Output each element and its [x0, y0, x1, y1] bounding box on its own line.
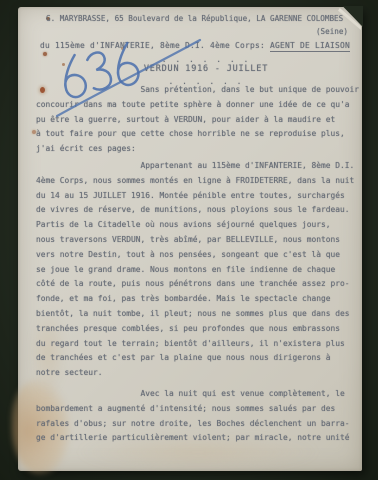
dots-separator-top: . . . . . . .	[18, 55, 362, 64]
body-paragraph-march: Appartenant au 115ème d'INFANTERIE, 8ème…	[36, 159, 354, 381]
header-unit-text: du 115ème d'INFANTERIE, 8ème D.I. 4ème C…	[40, 41, 270, 50]
photo-background: G. MARYBRASSE, 65 Boulevard de la Républ…	[0, 0, 378, 480]
header-location-line: (Seine)	[316, 27, 348, 36]
body-paragraph-intro: Sans prétention, dans le but unique de p…	[36, 83, 359, 157]
document-page: G. MARYBRASSE, 65 Boulevard de la Républ…	[18, 7, 362, 471]
header-unit-line: du 115ème d'INFANTERIE, 8ème D.I. 4ème C…	[40, 41, 350, 50]
header-author-line: G. MARYBRASSE, 65 Boulevard de la Républ…	[46, 14, 343, 23]
body-paragraph-night: Avec la nuit qui est venue complètement,…	[36, 387, 350, 446]
document-title: VERDUN 1916 - JUILLET	[18, 64, 362, 74]
header-role: AGENT DE LIAISON	[270, 41, 350, 52]
